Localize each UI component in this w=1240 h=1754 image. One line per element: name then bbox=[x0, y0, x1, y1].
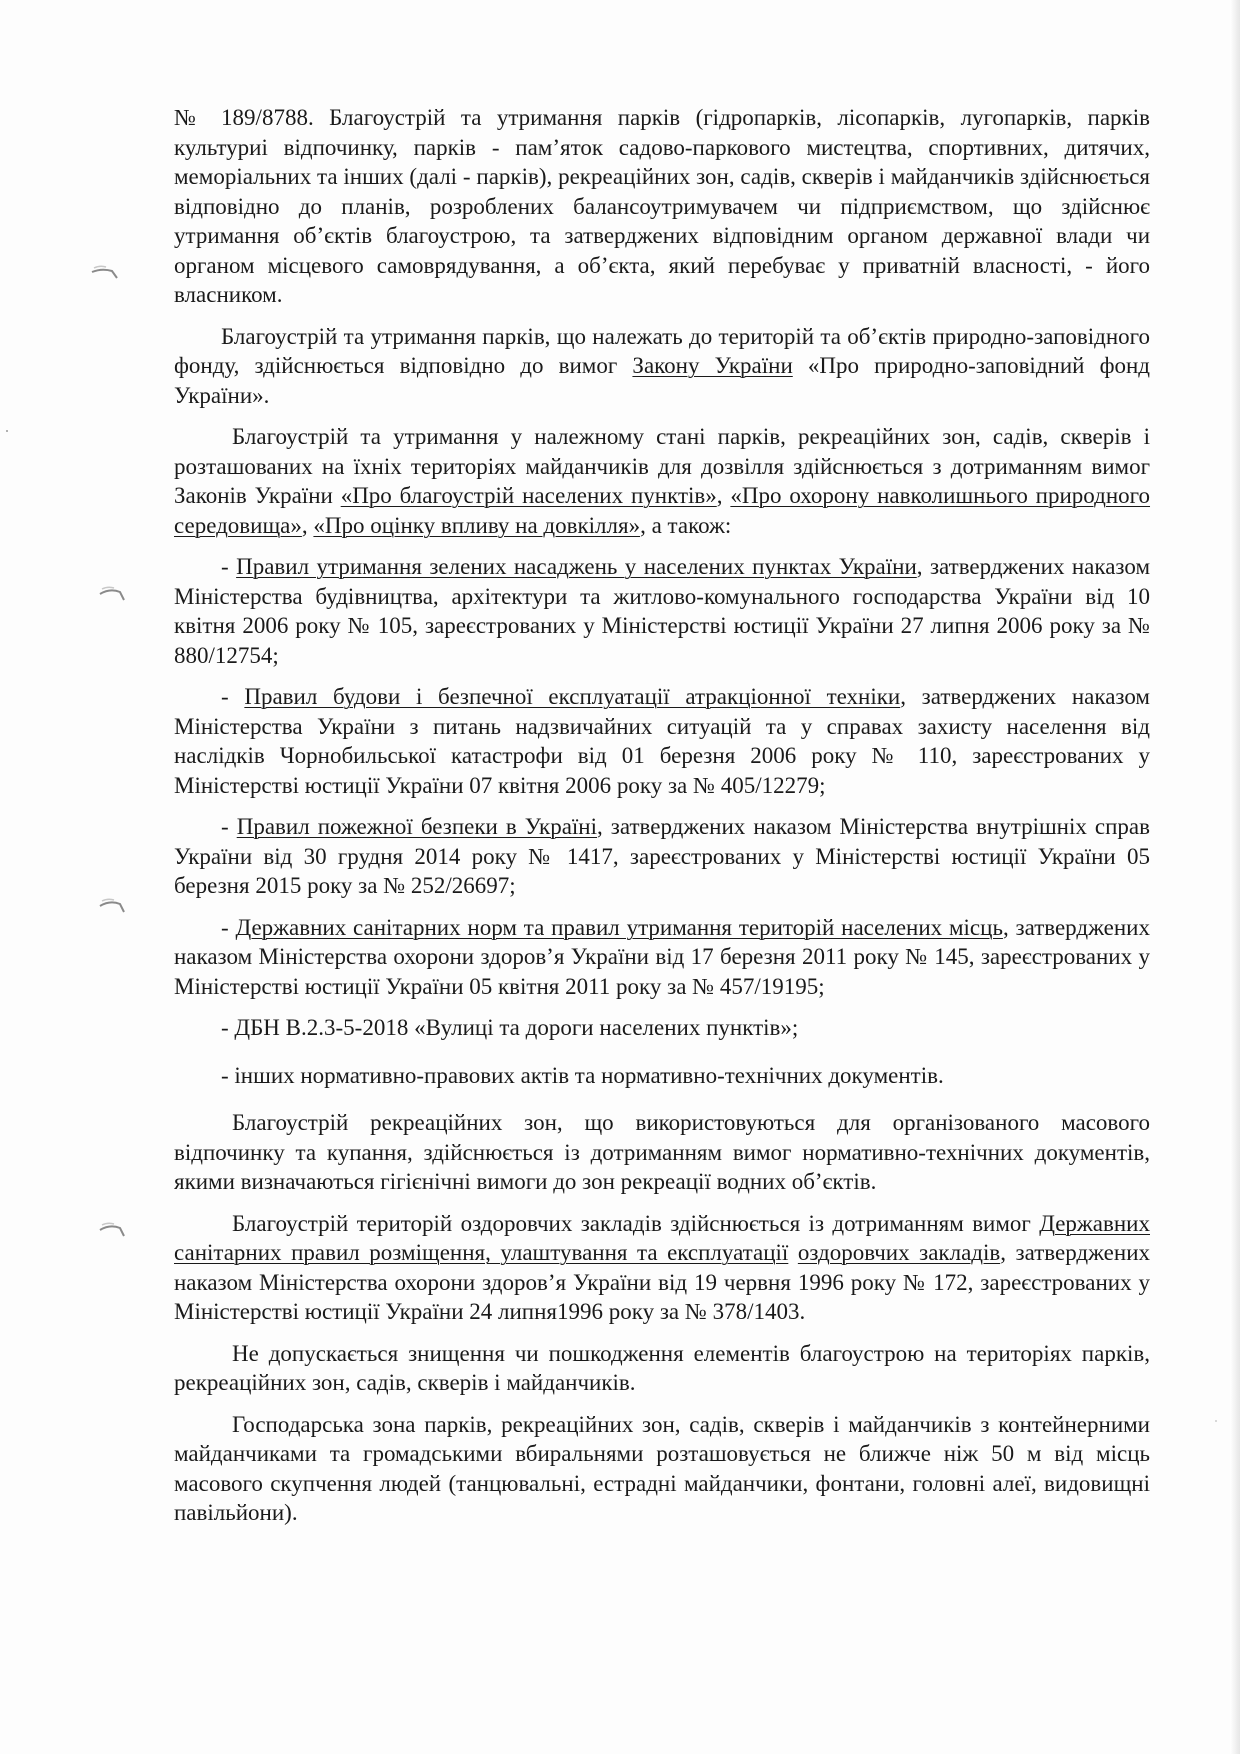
page-edge-shadow bbox=[1230, 0, 1240, 1754]
document-body: № 189/8788. Благоустрій та утримання пар… bbox=[174, 103, 1150, 1540]
legal-reference-link[interactable]: Державних санітарних норм та правил утри… bbox=[235, 915, 1002, 940]
paragraph-legal-requirements: Благоустрій та утримання у належному ста… bbox=[174, 422, 1150, 540]
list-item-green-plantings-rules: - Правил утримання зелених насаджень у н… bbox=[174, 552, 1150, 670]
binding-hole-mark-icon bbox=[98, 1218, 128, 1240]
legal-reference-link[interactable]: Правил утримання зелених насаджень у нас… bbox=[236, 554, 917, 579]
paragraph-no-damage: Не допускається знищення чи пошкодження … bbox=[174, 1339, 1150, 1398]
paragraph-parks-plans: № 189/8788. Благоустрій та утримання пар… bbox=[174, 103, 1150, 310]
binding-hole-mark-icon bbox=[98, 582, 128, 604]
legal-reference-link[interactable]: Державних санітарних правил розміщення, … bbox=[174, 1211, 1150, 1266]
legal-reference-link[interactable]: «Про оцінку впливу на довкілля» bbox=[313, 513, 640, 538]
legal-reference-link[interactable]: «Про благоустрій населених пунктів» bbox=[341, 483, 717, 508]
list-item-sanitary-norms: - Державних санітарних норм та правил ут… bbox=[174, 913, 1150, 1002]
list-item-other-acts: - інших нормативно-правових актів та нор… bbox=[174, 1061, 1150, 1091]
paragraph-utility-zone: Господарська зона парків, рекреаційних з… bbox=[174, 1410, 1150, 1528]
scanned-page: № 189/8788. Благоустрій та утримання пар… bbox=[0, 0, 1240, 1754]
paragraph-health-facilities: Благоустрій територій оздоровчих закладі… bbox=[174, 1209, 1150, 1327]
legal-reference-link[interactable]: Правил пожежної безпеки в Україні bbox=[237, 814, 597, 839]
paragraph-nature-reserve: Благоустрій та утримання парків, що нале… bbox=[174, 322, 1150, 411]
binding-hole-mark-icon bbox=[98, 894, 128, 916]
list-item-dbn: - ДБН В.2.3-5-2018 «Вулиці та дороги нас… bbox=[174, 1013, 1150, 1043]
scan-speck bbox=[6, 430, 8, 432]
paragraph-recreation-zones: Благоустрій рекреаційних зон, що викорис… bbox=[174, 1108, 1150, 1197]
scan-speck bbox=[1215, 1420, 1217, 1422]
list-item-attraction-rules: - Правил будови і безпечної експлуатації… bbox=[174, 682, 1150, 800]
legal-reference-link[interactable]: Правил будови і безпечної експлуатації а… bbox=[244, 684, 900, 709]
legal-reference-link[interactable]: Закону України bbox=[632, 353, 792, 378]
legal-reference-link[interactable]: оздоровчих закладів bbox=[798, 1240, 1000, 1265]
list-item-fire-safety-rules: - Правил пожежної безпеки в Україні, зат… bbox=[174, 812, 1150, 901]
binding-hole-mark-icon bbox=[90, 262, 120, 284]
